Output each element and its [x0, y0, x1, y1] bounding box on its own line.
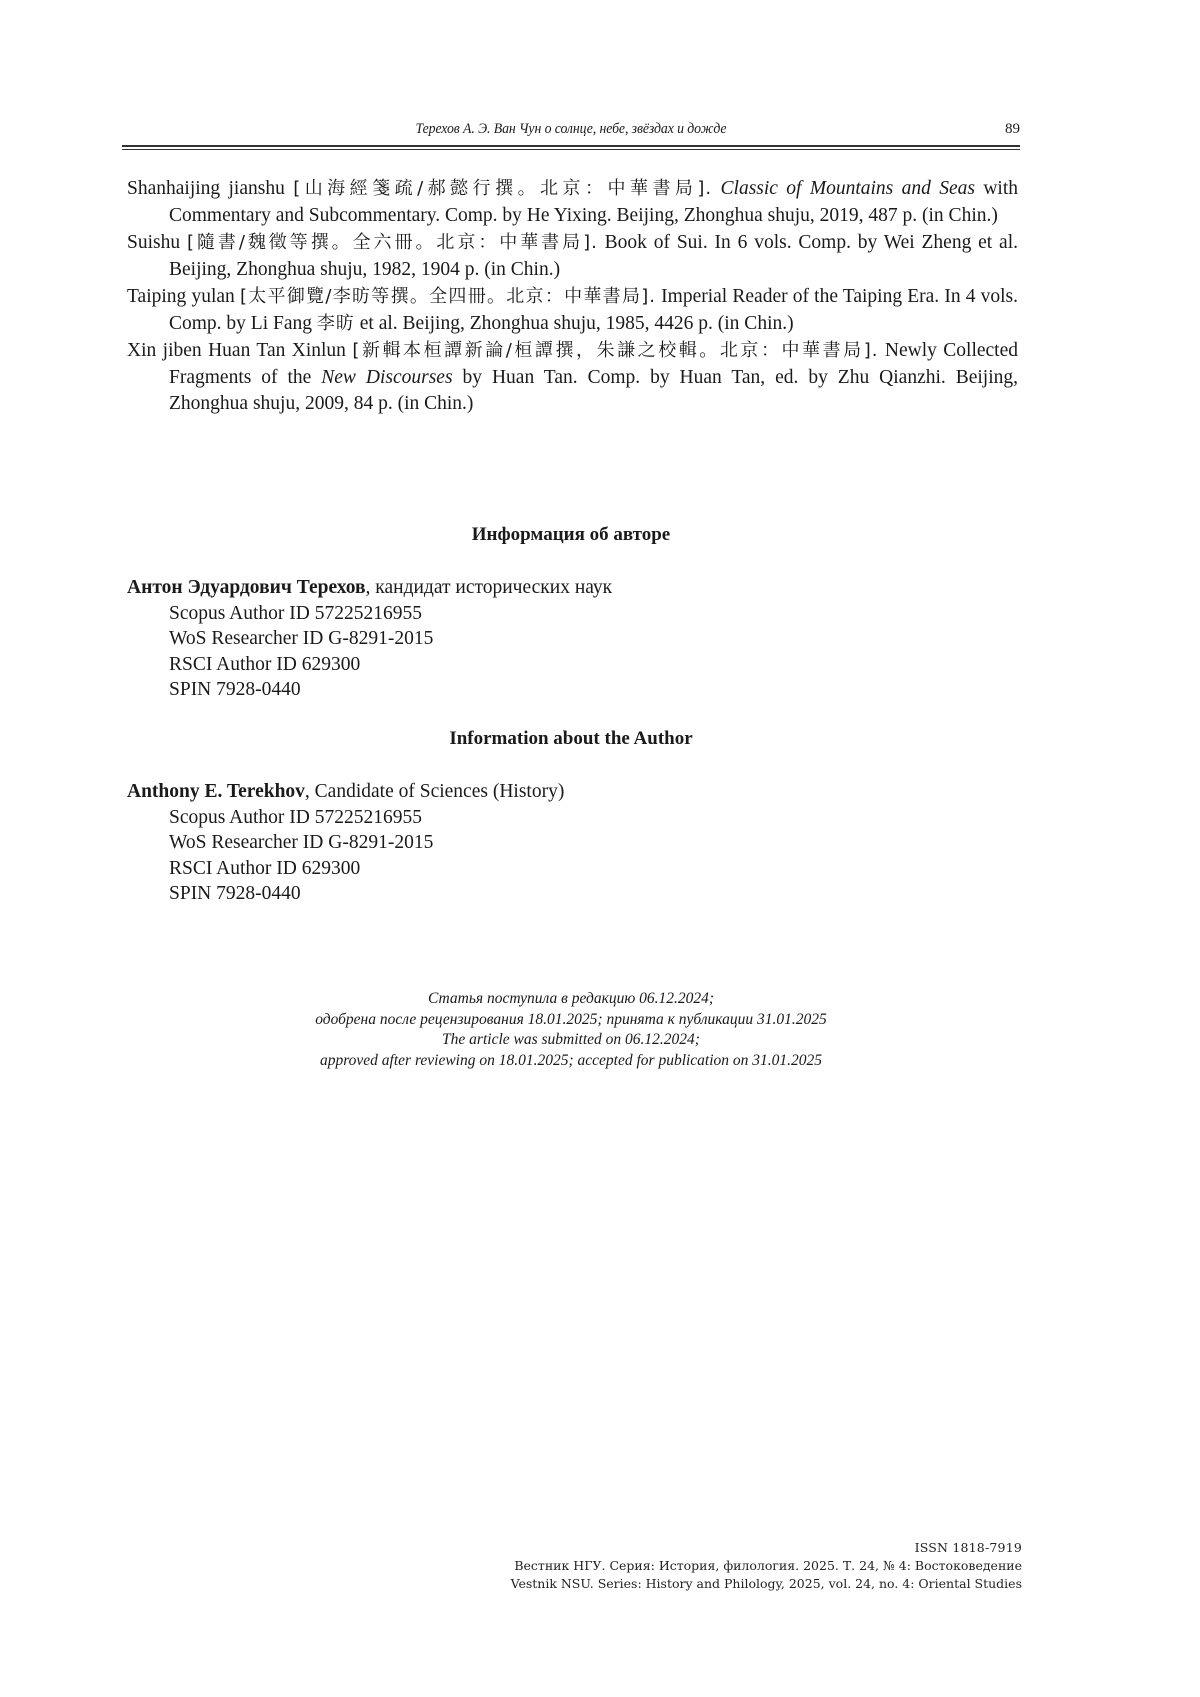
ref-italic-title: Classic of Mountains and Seas	[721, 178, 975, 199]
ref-chinese-name: 李昉	[317, 313, 355, 334]
author-id: Scopus Author ID 57225216955	[127, 601, 1007, 627]
issn: ISSN 1818-7919	[511, 1539, 1022, 1557]
author-id: WoS Researcher ID G-8291-2015	[127, 830, 1007, 856]
author-name-line: Антон Эдуардович Терехов, кандидат истор…	[127, 575, 1007, 601]
author-id: Scopus Author ID 57225216955	[127, 805, 1007, 831]
running-title: Терехов А. Э. Ван Чун о солнце, небе, зв…	[158, 121, 984, 138]
page-number: 89	[1005, 121, 1020, 138]
ref-chinese-title: [新輯本桓譚新論/桓譚撰，朱謙之校輯。北京：中華書局].	[352, 340, 878, 361]
ref-latin-title: Shanhaijing jianshu	[127, 178, 285, 199]
reference-item: Taiping yulan [太平御覽/李昉等撰。全四冊。北京：中華書局]. I…	[127, 284, 1018, 337]
reference-item: Xin jiben Huan Tan Xinlun [新輯本桓譚新論/桓譚撰，朱…	[127, 338, 1018, 418]
reference-item: Shanhaijing jianshu [山海經箋疏/郝懿行撰。北京：中華書局]…	[127, 176, 1018, 229]
author-info-en: Anthony E. Terekhov, Candidate of Scienc…	[127, 779, 1007, 907]
running-header: Терехов А. Э. Ван Чун о солнце, небе, зв…	[122, 121, 1020, 143]
date-line: Статья поступила в редакцию 06.12.2024;	[122, 989, 1020, 1010]
journal-footer: ISSN 1818-7919 Вестник НГУ. Серия: Истор…	[511, 1539, 1022, 1593]
date-line: одобрена после рецензирования 18.01.2025…	[122, 1010, 1020, 1031]
author-id: RSCI Author ID 629300	[127, 652, 1007, 678]
submission-dates: Статья поступила в редакцию 06.12.2024; …	[122, 989, 1020, 1071]
author-name: Anthony E. Terekhov	[127, 781, 305, 802]
author-info-ru: Антон Эдуардович Терехов, кандидат истор…	[127, 575, 1007, 703]
journal-citation-en: Vestnik NSU. Series: History and Philolo…	[511, 1575, 1022, 1593]
ref-details-end: et al. Beijing, Zhonghua shuju, 1985, 44…	[360, 313, 794, 334]
ref-latin-title: Taiping yulan	[127, 286, 235, 307]
author-id: SPIN 7928-0440	[127, 677, 1007, 703]
ref-latin-title: Suishu	[127, 232, 180, 253]
author-name-line: Anthony E. Terekhov, Candidate of Scienc…	[127, 779, 1007, 805]
author-info-heading-en: Information about the Author	[122, 728, 1020, 750]
journal-page: Терехов А. Э. Ван Чун о солнце, небе, зв…	[0, 0, 1200, 1697]
author-degree: , кандидат исторических наук	[366, 577, 613, 598]
ref-chinese-title: [太平御覽/李昉等撰。全四冊。北京：中華書局].	[240, 286, 656, 307]
ref-italic-title: New Discourses	[321, 367, 452, 388]
journal-citation-ru: Вестник НГУ. Серия: История, филология. …	[511, 1557, 1022, 1575]
ref-chinese-title: [山海經箋疏/郝懿行撰。北京：中華書局].	[293, 178, 712, 199]
ref-chinese-title: [隨書/魏徵等撰。全六冊。北京：中華書局].	[187, 232, 598, 253]
header-rule	[122, 145, 1020, 150]
ref-latin-title: Xin jiben Huan Tan Xinlun	[127, 340, 346, 361]
date-line: approved after reviewing on 18.01.2025; …	[122, 1051, 1020, 1072]
author-id: RSCI Author ID 629300	[127, 856, 1007, 882]
author-id: WoS Researcher ID G-8291-2015	[127, 626, 1007, 652]
author-info-heading-ru: Информация об авторе	[122, 524, 1020, 546]
author-id: SPIN 7928-0440	[127, 881, 1007, 907]
reference-item: Suishu [隨書/魏徵等撰。全六冊。北京：中華書局]. Book of Su…	[127, 230, 1018, 283]
reference-list: Shanhaijing jianshu [山海經箋疏/郝懿行撰。北京：中華書局]…	[127, 176, 1018, 419]
date-line: The article was submitted on 06.12.2024;	[122, 1030, 1020, 1051]
author-degree: , Candidate of Sciences (History)	[305, 781, 564, 802]
author-name: Антон Эдуардович Терехов	[127, 577, 366, 598]
